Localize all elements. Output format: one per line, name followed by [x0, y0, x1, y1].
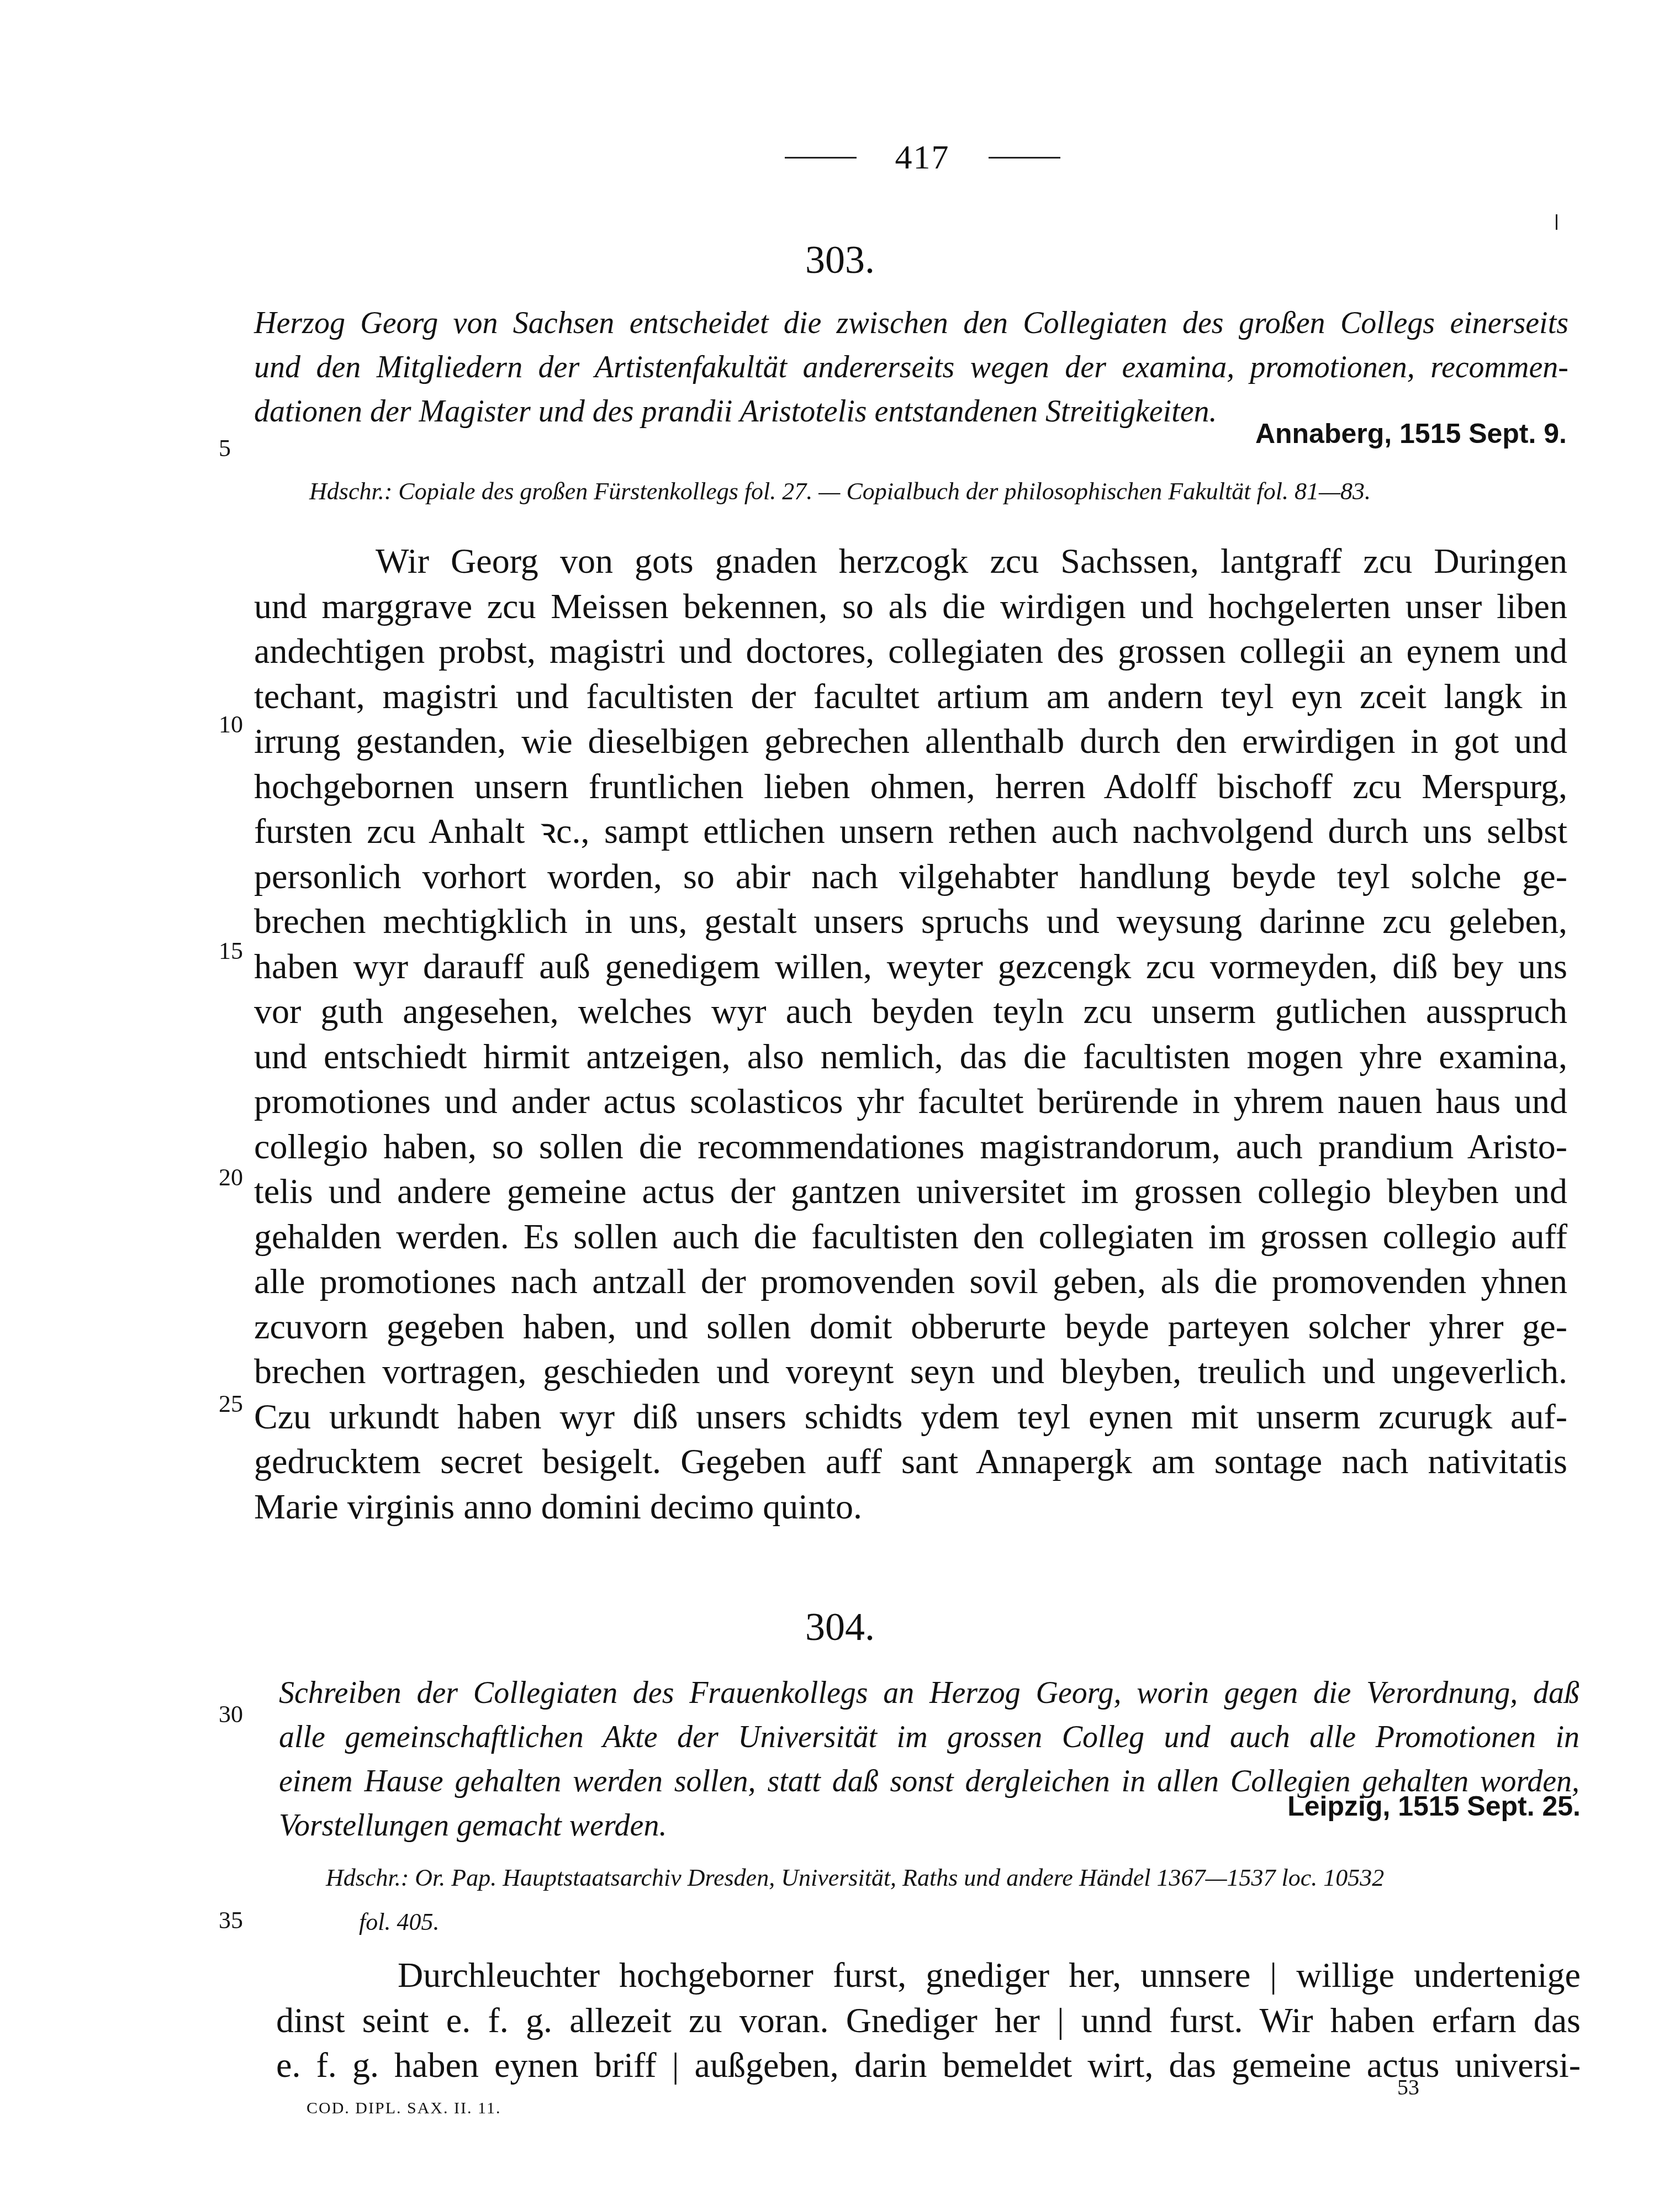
- text-line: haben wyr darauff auß genedigem willen, …: [254, 944, 1567, 989]
- dateline: Leipzig, 1515 Sept. 25.: [1287, 1790, 1581, 1823]
- margin-line-number: 35: [219, 1908, 243, 1933]
- source-note-continued: fol. 405.: [359, 1903, 439, 1942]
- document-number: 304.: [0, 1605, 1680, 1649]
- scan-artifact: [0, 0, 50, 17]
- text-line: Durchleuchter hochgeborner furst, gnedig…: [276, 1953, 1581, 1998]
- document-summary: Herzog Georg von Sachsen entscheidet die…: [254, 301, 1568, 434]
- document-number: 303.: [0, 238, 1680, 282]
- text-line: irrung gestanden, wie dieselbigen gebrec…: [254, 719, 1567, 764]
- text-line: Wir Georg von gots gnaden herzcogk zcu S…: [254, 539, 1567, 584]
- summary-line: Schreiben der Collegiaten des Frauenkoll…: [279, 1671, 1579, 1715]
- text-line: brechen vortragen, geschieden und voreyn…: [254, 1349, 1567, 1394]
- margin-line-number: 10: [219, 713, 243, 737]
- text-line: Marie virginis anno domini decimo quinto…: [254, 1484, 1567, 1529]
- text-line: Czu urkundt haben wyr diß unsers schidts…: [254, 1394, 1567, 1439]
- page-number: 417: [895, 140, 950, 175]
- text-line: und marggrave zcu Meissen bekennen, so a…: [254, 584, 1567, 629]
- text-line: e. f. g. haben eynen briff | außgeben, d…: [276, 2043, 1581, 2088]
- summary-line: Herzog Georg von Sachsen entscheidet die…: [254, 301, 1568, 345]
- text-line: dinst seint e. f. g. allezeit zu voran. …: [276, 1998, 1581, 2043]
- text-line: fursten zcu Anhalt ꝛc., sampt ettlichen …: [254, 809, 1567, 854]
- text-line: hochgebornen unsern fruntlichen lieben o…: [254, 764, 1567, 809]
- source-note: Hdschr.: Or. Pap. Hauptstaatsarchiv Dres…: [326, 1859, 1384, 1897]
- margin-line-number: 30: [219, 1702, 243, 1727]
- text-line: brechen mechtigklich in uns, gestalt uns…: [254, 899, 1567, 944]
- margin-line-number: 15: [219, 939, 243, 963]
- text-line: promotiones und ander actus scolasticos …: [254, 1079, 1567, 1124]
- text-line: personlich vorhort worden, so abir nach …: [254, 854, 1567, 899]
- text-line: alle promotiones nach antzall der promov…: [254, 1259, 1567, 1304]
- header-rule-left: [785, 157, 857, 159]
- text-line: telis und andere gemeine actus der gantz…: [254, 1169, 1567, 1214]
- text-line: gedrucktem secret besigelt. Gegeben auff…: [254, 1439, 1567, 1484]
- margin-line-number: 25: [219, 1392, 243, 1416]
- document-text: Wir Georg von gots gnaden herzcogk zcu S…: [254, 539, 1567, 1529]
- footer-series-mark: COD. DIPL. SAX. II. 11.: [307, 2099, 501, 2118]
- summary-line: alle gemeinschaftlichen Akte der Univers…: [279, 1715, 1579, 1759]
- text-line: und entschiedt hirmit antzeigen, also ne…: [254, 1034, 1567, 1079]
- summary-line: und den Mitgliedern der Artistenfakultät…: [254, 345, 1568, 389]
- scan-mark: [1556, 214, 1557, 230]
- source-note: Hdschr.: Copiale des großen Fürstenkolle…: [309, 472, 1371, 511]
- text-line: andechtigen probst, magistri und doctore…: [254, 629, 1567, 674]
- text-line: gehalden werden. Es sollen auch die facu…: [254, 1214, 1567, 1259]
- text-line: zcuvorn gegeben haben, und sollen domit …: [254, 1304, 1567, 1349]
- margin-line-number: 20: [219, 1165, 243, 1190]
- text-line: techant, magistri und facultisten der fa…: [254, 674, 1567, 719]
- margin-line-number: 5: [219, 436, 231, 461]
- text-line: collegio haben, so sollen die recommenda…: [254, 1124, 1567, 1169]
- header-rule-right: [989, 157, 1060, 159]
- document-text: Durchleuchter hochgeborner furst, gnedig…: [276, 1953, 1581, 2088]
- page-header: 417: [751, 138, 1093, 177]
- dateline: Annaberg, 1515 Sept. 9.: [1255, 417, 1567, 450]
- text-line: vor guth angesehen, welches wyr auch bey…: [254, 989, 1567, 1034]
- signature-mark: 53: [1397, 2074, 1419, 2100]
